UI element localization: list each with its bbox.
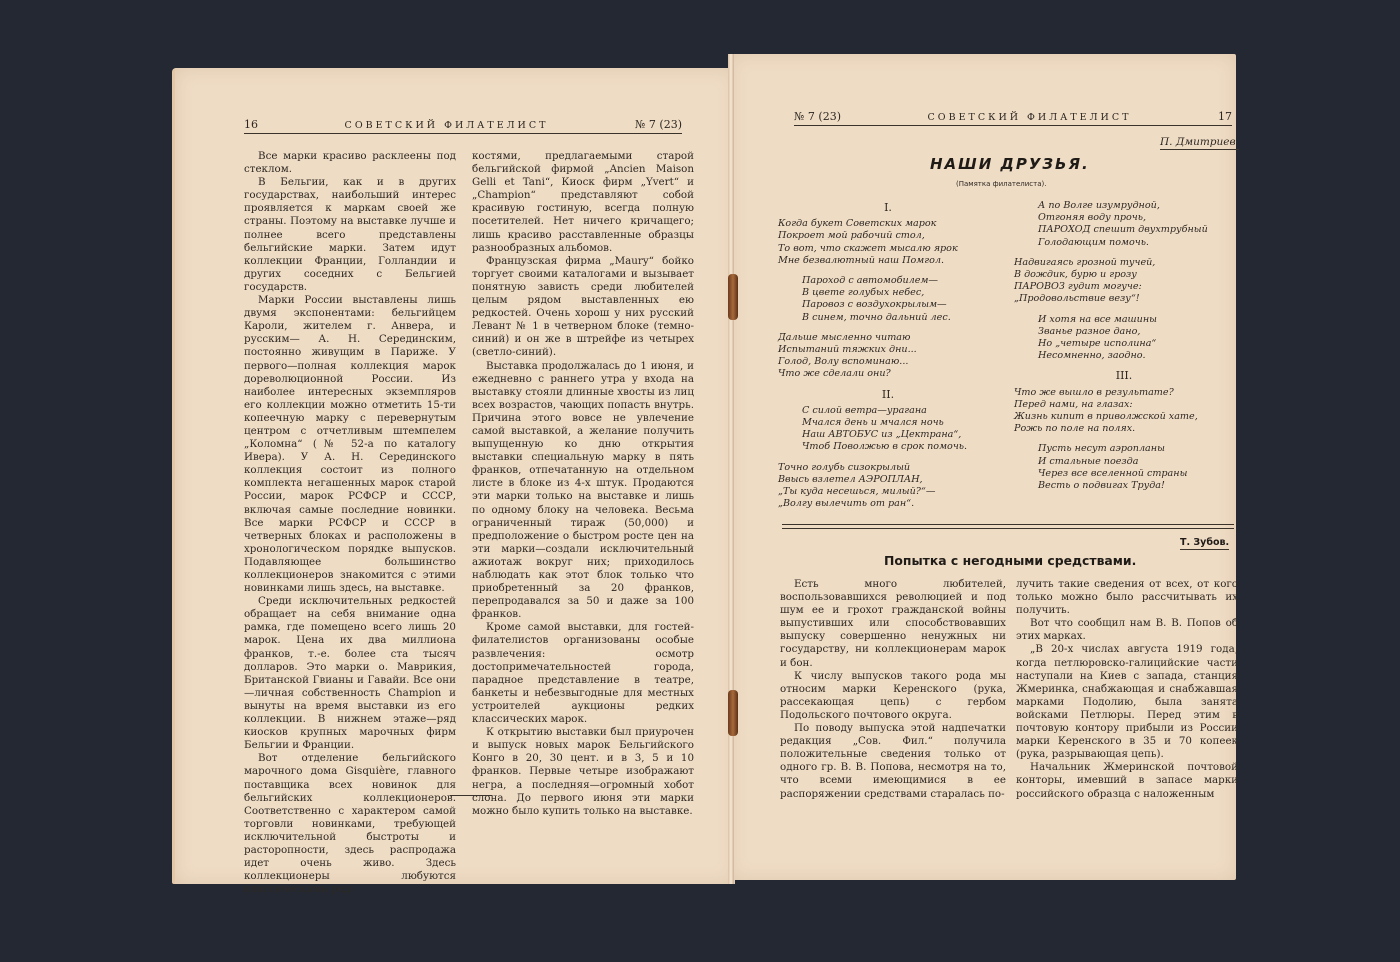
poem-author: П. Дмитриев. (1160, 136, 1239, 150)
verse-line: „Продовольствие везу“! (1014, 293, 1234, 305)
left-running-head: 16 СОВЕТСКИЙ ФИЛАТЕЛИСТ № 7 (23) (244, 118, 682, 134)
stanza: Что же вышло в результате? Перед нами, н… (1014, 387, 1234, 436)
verse-line: Весть о подвигах Труда! (1038, 480, 1234, 492)
poem-left-column: I. Когда букет Советских марок Покроет м… (778, 198, 998, 518)
verse-line: Надвигаясь грозной тучей, (1014, 257, 1234, 269)
verse-line: И хотя на все машины (1038, 314, 1234, 326)
verse-line: В цвете голубых небес, (802, 287, 998, 299)
section-numeral: II. (778, 389, 998, 401)
paragraph: Выставка продолжалась до 1 июня, и ежедн… (472, 360, 694, 622)
verse-line: Чтоб Поволжью в срок помочь. (802, 441, 998, 453)
verse-line: Голодающим помочь. (1038, 237, 1234, 249)
issue-number: № 7 (23) (635, 118, 682, 131)
paragraph: Кроме самой выставки, для гостей-филател… (472, 621, 694, 726)
verse-line: Когда букет Советских марок (778, 218, 998, 230)
paragraph: К открытию выставки был приурочен и выпу… (472, 726, 694, 818)
paragraph: Французская фирма „Maury“ бойко торгует … (472, 255, 694, 360)
section-numeral: III. (1014, 370, 1234, 382)
issue-number: № 7 (23) (794, 110, 841, 123)
verse-line: Точно голубь сизокрылый (778, 462, 998, 474)
paragraph: Марки России выставлены лишь двумя экспо… (244, 294, 456, 595)
end-rule (450, 795, 492, 796)
stanza: И хотя на все машины Званье разное дано,… (1014, 314, 1234, 363)
verse-line: Наш АВТОБУС из „Цектрана“, (802, 429, 998, 441)
staple-top (728, 274, 738, 320)
verse-line: „Ты куда несешься, милый?“— (778, 486, 998, 498)
stanza: А по Волге изумрудной, Отгоняя воду проч… (1014, 200, 1234, 249)
section-numeral: I. (778, 202, 998, 214)
verse-line: Отгоняя воду прочь, (1038, 212, 1234, 224)
journal-title: СОВЕТСКИЙ ФИЛАТЕЛИСТ (928, 112, 1132, 123)
verse-line: Но „четыре исполина“ (1038, 338, 1234, 350)
paragraph: лучить такие сведения от всех, от кого т… (1016, 578, 1238, 617)
article-title: Попытка с негодными средствами. (884, 553, 1136, 568)
stanza: Дальше мысленно читаю Испытаний тяжких д… (778, 332, 998, 381)
article-author: Т. Зубов. (1180, 537, 1229, 550)
journal-title: СОВЕТСКИЙ ФИЛАТЕЛИСТ (345, 120, 549, 131)
paragraph: Вот отделение бельгийского марочного дом… (244, 752, 456, 896)
paragraph: Все марки красиво расклеены под стеклом. (244, 150, 456, 176)
verse-line: Что же сделали они? (778, 368, 998, 380)
poem-subtitle: (Памятка филателиста). (956, 180, 1046, 188)
verse-line: Несомненно, заодно. (1038, 350, 1234, 362)
verse-line: И стальные поезда (1038, 456, 1234, 468)
paragraph: Начальник Жмеринской почтовой конторы, и… (1016, 761, 1238, 800)
verse-line: Что же вышло в результате? (1014, 387, 1234, 399)
verse-line: Дальше мысленно читаю (778, 332, 998, 344)
paragraph: костями, предлагаемыми старой бельгийско… (472, 150, 694, 255)
stanza: Точно голубь сизокрылый Ввысь взлетел АЭ… (778, 462, 998, 511)
stanza: Когда букет Советских марок Покроет мой … (778, 218, 998, 267)
article-column-1: Есть много любителей, воспользовавшихся … (780, 578, 1006, 801)
verse-line: Мне безвалютный наш Помгол. (778, 255, 998, 267)
left-column-2: костями, предлагаемыми старой бельгийско… (472, 150, 694, 818)
verse-line: ПАРОХОД спешит двухтрубный (1038, 224, 1234, 236)
paragraph: „В 20-х числах августа 1919 года, когда … (1016, 643, 1238, 761)
verse-line: Голод, Волу вспоминаю... (778, 356, 998, 368)
section-divider (782, 528, 1234, 529)
verse-line: Мчался день и мчался ночь (802, 417, 998, 429)
verse-line: В дождик, бурю и грозу (1014, 269, 1234, 281)
verse-line: Испытаний тяжких дни... (778, 344, 998, 356)
verse-line: Жизнь кипит в приволжской хате, (1014, 411, 1234, 423)
section-divider (782, 524, 1234, 525)
right-running-head: № 7 (23) СОВЕТСКИЙ ФИЛАТЕЛИСТ 17 (794, 110, 1232, 126)
verse-line: Рожь по поле на полях. (1014, 423, 1234, 435)
paragraph: Среди исключительных редкостей обращает … (244, 595, 456, 752)
verse-line: В синем, точно дальний лес. (802, 312, 998, 324)
page-number: 17 (1218, 110, 1232, 123)
article-column-2: лучить такие сведения от всех, от кого т… (1016, 578, 1238, 801)
verse-line: А по Волге изумрудной, (1038, 200, 1234, 212)
paragraph: В Бельгии, как и в других государствах, … (244, 176, 456, 294)
staple-bottom (728, 690, 738, 736)
paragraph: Вот что сообщил нам В. В. Попов об этих … (1016, 617, 1238, 643)
poem-title: НАШИ ДРУЗЬЯ. (930, 155, 1090, 173)
paragraph: По поводу выпуска этой надпечатки редакц… (780, 722, 1006, 801)
paragraph: Есть много любителей, воспользовавшихся … (780, 578, 1006, 670)
stanza: С силой ветра—урагана Мчался день и мчал… (778, 405, 998, 454)
page-number: 16 (244, 118, 258, 131)
verse-line: Перед нами, на глазах: (1014, 399, 1234, 411)
verse-line: Пусть несут аэропланы (1038, 443, 1234, 455)
binding-fold (728, 54, 734, 884)
stanza: Надвигаясь грозной тучей, В дождик, бурю… (1014, 257, 1234, 306)
verse-line: Ввысь взлетел АЭРОПЛАН, (778, 474, 998, 486)
verse-line: Через все вселенной страны (1038, 468, 1234, 480)
verse-line: ПАРОВОЗ гудит могуче: (1014, 281, 1234, 293)
left-column-1: Все марки красиво расклеены под стеклом.… (244, 150, 456, 896)
verse-line: Пароход с автомобилем— (802, 275, 998, 287)
verse-line: „Волгу вылечить от ран“. (778, 498, 998, 510)
paragraph: К числу выпусков такого рода мы относим … (780, 670, 1006, 722)
verse-line: Паровоз с воздухокрылым— (802, 299, 998, 311)
verse-line: Званье разное дано, (1038, 326, 1234, 338)
stanza: Пусть несут аэропланы И стальные поезда … (1014, 443, 1234, 492)
verse-line: Покроет мой рабочий стол, (778, 230, 998, 242)
verse-line: То вот, что скажет мысалю ярок (778, 243, 998, 255)
poem-right-column: А по Волге изумрудной, Отгоняя воду проч… (1014, 200, 1234, 500)
verse-line: С силой ветра—урагана (802, 405, 998, 417)
stanza: Пароход с автомобилем— В цвете голубых н… (778, 275, 998, 324)
